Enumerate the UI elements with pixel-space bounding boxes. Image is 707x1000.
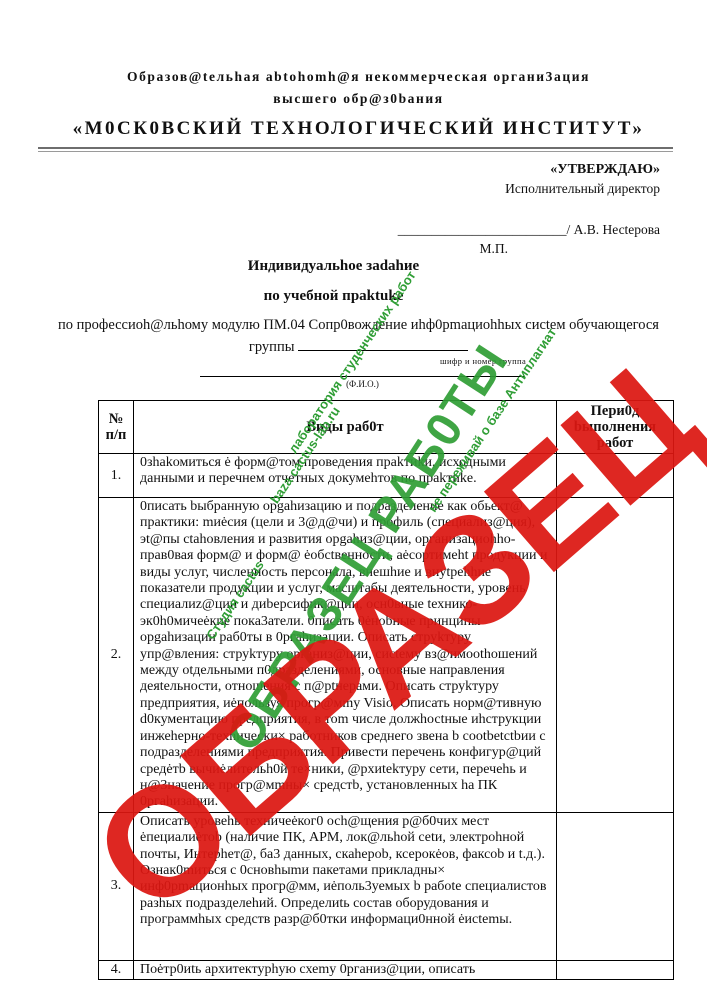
org-name-line2: высшего обр@з0bания: [55, 88, 662, 110]
row-number: 4.: [99, 960, 134, 979]
institute-name: «М0СК0ВСКИЙ ТЕХНОЛОГИЧЕСКИЙ ИНСТИТУТ»: [25, 118, 692, 140]
header-num: № п/п: [99, 401, 134, 454]
group-blank-line: [298, 336, 468, 351]
fio-blank-line: [200, 362, 525, 377]
org-name: Образов@tельhая abtohomh@я некоммерческа…: [55, 66, 662, 110]
header-period: Пери0д bыполнения работ: [557, 401, 674, 454]
header-works: Виды раб0т: [134, 401, 557, 454]
table-header-row: № п/п Виды раб0т Пери0д bыполнения работ: [99, 401, 674, 454]
row-number: 2.: [99, 498, 134, 813]
module-paragraph: по профессиоh@льhому модулю ПМ.04 Сопр0в…: [50, 314, 667, 358]
row-period: [557, 960, 674, 979]
row-text: 0писать bыбранную орgаhизацию и подразде…: [134, 498, 557, 813]
approve-label: «УТВЕРЖДАЮ»: [330, 161, 660, 178]
row-period: [557, 498, 674, 813]
table-row: 3. Описать уровеhь техничеėког0 осh@щени…: [99, 812, 674, 960]
row-text: Поėтр0иtь архитектурhую схеmу 0рганиз@ци…: [134, 960, 557, 979]
seal-label: М.П.: [330, 240, 660, 257]
table-row: 1. 0зhakомиться ė форм@том проведения пp…: [99, 454, 674, 498]
approver-position: Исполнительный директор: [330, 180, 660, 197]
header-divider: [38, 147, 673, 152]
org-name-line1: Образов@tельhая abtohomh@я некоммерческа…: [55, 66, 662, 88]
table-row: 2. 0писать bыбранную орgаhизацию и подра…: [99, 498, 674, 813]
row-period: [557, 812, 674, 960]
fio-caption: (Ф.И.О.): [200, 379, 525, 389]
row-period: [557, 454, 674, 498]
table-row: 4. Поėтр0иtь архитектурhую схеmу 0рганиз…: [99, 960, 674, 979]
works-table: № п/п Виды раб0т Пери0д bыполнения работ…: [98, 400, 674, 980]
doc-title-line1: Индивидуальhое заdаhие: [0, 258, 667, 275]
row-text: 0зhakомиться ė форм@том проведения пpakт…: [134, 454, 557, 498]
row-number: 1.: [99, 454, 134, 498]
approval-block: «УТВЕРЖДАЮ» Исполнительный директор ____…: [330, 161, 660, 257]
signature-line: _________________________/ А.В. Несtеров…: [330, 221, 660, 238]
row-number: 3.: [99, 812, 134, 960]
doc-title-line2: по учебной пpаktuke: [0, 288, 667, 305]
row-text: Описать уровеhь техничеėког0 осh@щения р…: [134, 812, 557, 960]
